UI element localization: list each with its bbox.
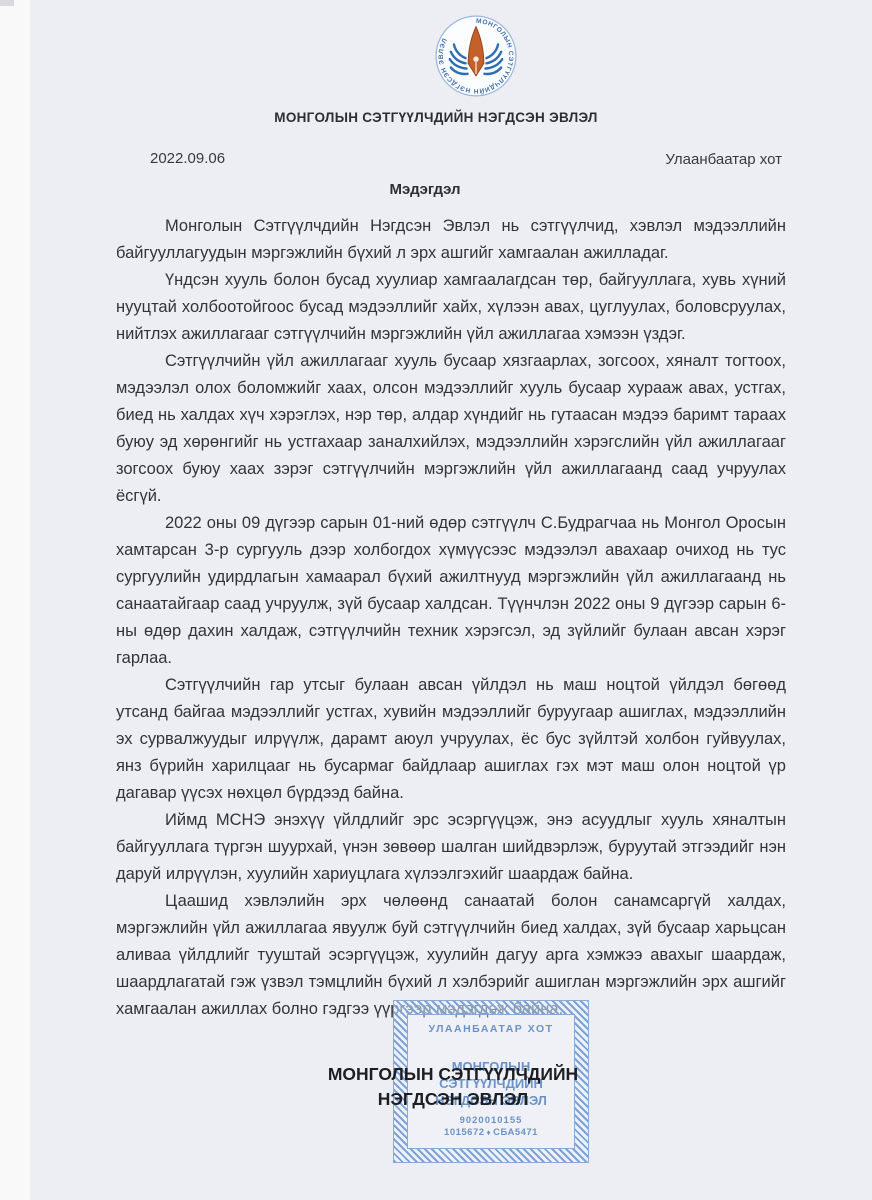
soyombo-emblem-icon: ♦ bbox=[485, 1128, 494, 1137]
document-body: Монголын Сэтгүүлчдийн Нэгдсэн Эвлэл нь с… bbox=[116, 213, 786, 1023]
stamp-registration-number: 9020010155 bbox=[407, 1115, 575, 1126]
scan-edge-strip bbox=[0, 0, 30, 1200]
document-title: Мэдэгдэл bbox=[0, 181, 850, 198]
document-city: Улаанбаатар хот bbox=[665, 151, 782, 168]
stamp-code-line: 1015672♦СБА5471 bbox=[407, 1127, 575, 1138]
stamp-city-text: УЛААНБААТАР ХОТ bbox=[407, 1023, 575, 1035]
signature-line: МОНГОЛЫН СЭТГҮҮЛЧДИЙН bbox=[328, 1062, 578, 1087]
paragraph: Иймд МСНЭ энэхүү үйлдлийг эрс эсэргүүцэж… bbox=[116, 807, 786, 888]
signature-org-name: МОНГОЛЫН СЭТГҮҮЛЧДИЙН НЭГДСЭН ЭВЛЭЛ bbox=[328, 1062, 578, 1112]
paragraph: Монголын Сэтгүүлчдийн Нэгдсэн Эвлэл нь с… bbox=[116, 213, 786, 267]
scanned-document-page: МОНГОЛЫН СЭТГҮҮЛЧДИЙН НЭГДСЭН ЭВЛЭЛ МОНГ… bbox=[0, 0, 872, 1200]
stamp-code: СБА5471 bbox=[493, 1127, 538, 1138]
paragraph: Үндсэн хууль болон бусад хуулиар хамгаал… bbox=[116, 267, 786, 348]
organization-name: МОНГОЛЫН СЭТГҮҮЛЧДИЙН НЭГДСЭН ЭВЛЭЛ bbox=[0, 110, 872, 125]
paragraph: Сэтгүүлчийн үйл ажиллагааг хууль бусаар … bbox=[116, 348, 786, 510]
signature-line: НЭГДСЭН ЭВЛЭЛ bbox=[328, 1087, 578, 1112]
paragraph: Сэтгүүлчийн гар утсыг булаан авсан үйлдэ… bbox=[116, 672, 786, 807]
stamp-serial-number: 1015672 bbox=[444, 1127, 484, 1138]
document-date: 2022.09.06 bbox=[150, 150, 225, 167]
paragraph: 2022 оны 09 дүгээр сарын 01-ний өдөр сэт… bbox=[116, 510, 786, 672]
scan-corner-artifact bbox=[0, 0, 14, 6]
union-logo: МОНГОЛЫН СЭТГҮҮЛЧДИЙН НЭГДСЭН ЭВЛЭЛ bbox=[434, 14, 518, 98]
